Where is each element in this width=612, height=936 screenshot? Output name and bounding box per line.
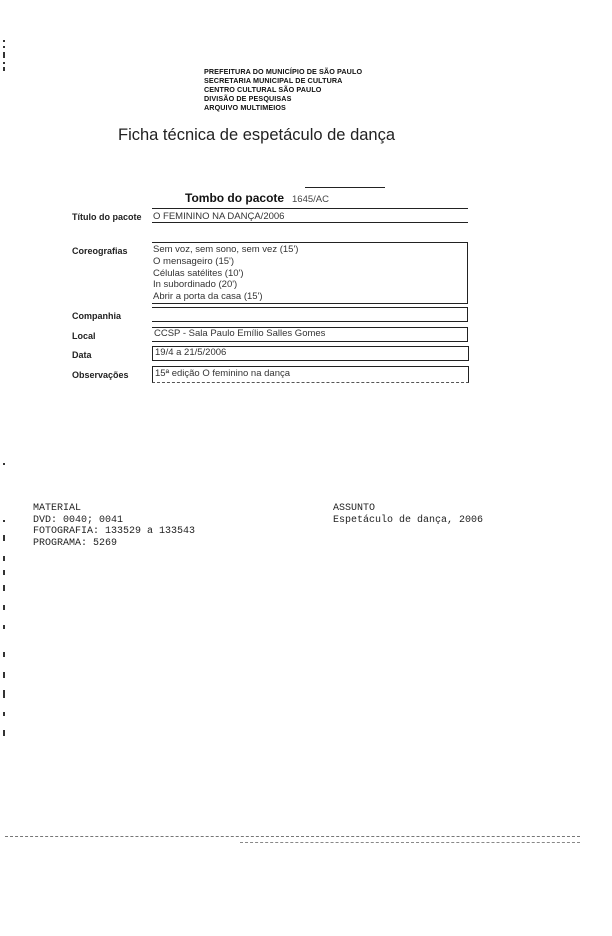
scan-mark <box>3 40 5 42</box>
companhia-label: Companhia <box>72 311 121 321</box>
coreografias-list: Sem voz, sem sono, sem vez (15') O mensa… <box>153 244 408 304</box>
scan-mark <box>3 535 5 541</box>
scan-mark <box>3 730 5 736</box>
local-value: CCSP - Sala Paulo Emílio Salles Gomes <box>154 328 325 339</box>
scan-mark <box>3 585 5 591</box>
scan-mark <box>3 463 5 465</box>
scan-mark <box>3 652 5 657</box>
scan-mark <box>3 62 5 64</box>
header-line-arquivo: ARQUIVO MULTIMEIOS <box>204 103 362 112</box>
coreografia-item: O mensageiro (15') <box>153 256 408 268</box>
material-heading: MATERIAL <box>33 503 195 515</box>
scan-mark <box>3 570 5 575</box>
tombo-top-line <box>305 187 385 188</box>
scan-mark <box>3 556 5 561</box>
local-label: Local <box>72 331 96 341</box>
assunto-block: ASSUNTO Espetáculo de dança, 2006 <box>333 503 483 526</box>
header-line-prefeitura: PREFEITURA DO MUNICÍPIO DE SÃO PAULO <box>204 67 362 76</box>
material-programa: PROGRAMA: 5269 <box>33 538 195 550</box>
titulo-label: Título do pacote <box>72 212 142 222</box>
coreografia-item: Abrir a porta da casa (15') <box>153 291 408 304</box>
titulo-bottom-line <box>152 222 468 223</box>
scan-mark <box>3 672 5 678</box>
titulo-value: O FEMININO NA DANÇA/2006 <box>153 211 284 222</box>
institution-header: PREFEITURA DO MUNICÍPIO DE SÃO PAULO SEC… <box>204 67 362 112</box>
header-line-centro: CENTRO CULTURAL SÃO PAULO <box>204 85 362 94</box>
scan-mark <box>3 712 5 716</box>
tombo-label: Tombo do pacote <box>185 191 284 205</box>
companhia-box <box>152 307 468 322</box>
header-line-secretaria: SECRETARIA MUNICIPAL DE CULTURA <box>204 76 362 85</box>
coreografias-label: Coreografias <box>72 246 128 256</box>
coreografia-item: Sem voz, sem sono, sem vez (15') <box>153 244 408 256</box>
scan-mark <box>3 605 5 610</box>
observacoes-value: 15ª edição O feminino na dança <box>155 368 290 379</box>
data-value: 19/4 a 21/5/2006 <box>155 347 226 358</box>
coreografia-item: In subordinado (20') <box>153 279 408 291</box>
coreografia-item: Células satélites (10') <box>153 268 408 280</box>
material-dvd: DVD: 0040; 0041 <box>33 515 195 527</box>
scan-mark <box>3 52 5 58</box>
tombo-value: 1645/AC <box>292 194 329 205</box>
scan-mark <box>3 46 5 48</box>
header-line-divisao: DIVISÃO DE PESQUISAS <box>204 94 362 103</box>
scan-mark <box>3 520 5 522</box>
material-block: MATERIAL DVD: 0040; 0041 FOTOGRAFIA: 133… <box>33 503 195 549</box>
scan-mark <box>3 625 5 629</box>
scan-mark <box>3 67 5 71</box>
assunto-heading: ASSUNTO <box>333 503 483 515</box>
titulo-top-line <box>152 208 468 209</box>
document-title: Ficha técnica de espetáculo de dança <box>118 126 395 145</box>
scan-mark <box>3 690 5 698</box>
data-label: Data <box>72 350 92 360</box>
assunto-value: Espetáculo de dança, 2006 <box>333 515 483 527</box>
material-fotografia: FOTOGRAFIA: 133529 a 133543 <box>33 526 195 538</box>
observacoes-label: Observações <box>72 370 129 380</box>
scan-noise-line <box>240 842 580 843</box>
